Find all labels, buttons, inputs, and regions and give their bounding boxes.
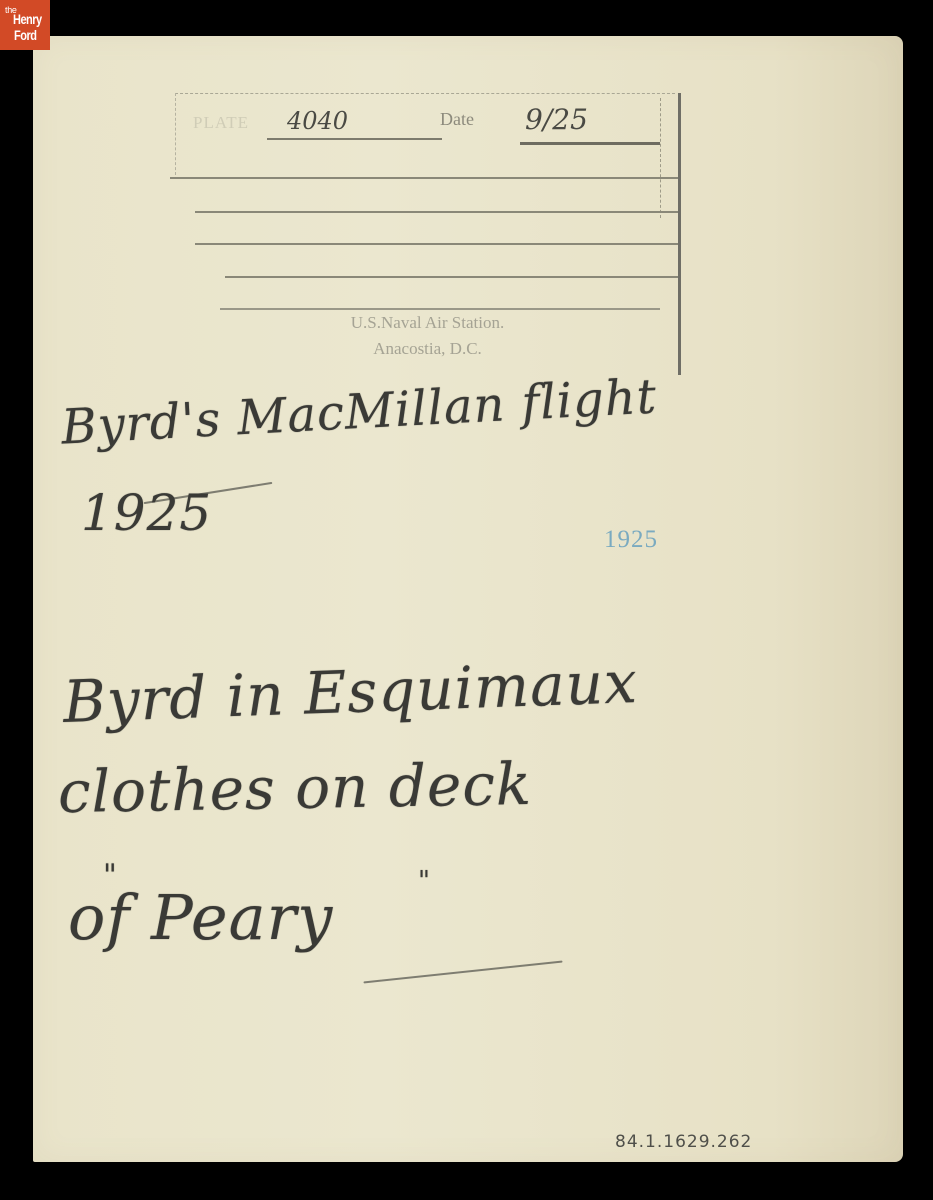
stamp-dashed-inner-border bbox=[660, 98, 661, 218]
date-stamp: 1925 bbox=[604, 526, 658, 554]
stamp-dashed-border-left bbox=[175, 93, 176, 175]
stamp-dashed-border-top bbox=[175, 93, 675, 94]
stamp-rule-3 bbox=[195, 243, 678, 245]
caption-line-title: Byrd's MacMillan flight bbox=[60, 368, 658, 455]
logo-henry: Henry bbox=[13, 14, 42, 28]
accession-number: 84.1.1629.262 bbox=[615, 1132, 752, 1152]
stamp-rule-4 bbox=[225, 276, 678, 278]
date-label: Date bbox=[440, 109, 474, 130]
henry-ford-logo: the Henry Ford bbox=[0, 0, 50, 50]
photo-back-paper: PLATE 4040 Date 9/25 U.S.Naval Air Stati… bbox=[33, 36, 903, 1162]
caption-line-4: clothes on deck bbox=[57, 750, 532, 826]
plate-label: PLATE bbox=[193, 113, 249, 133]
station-location: Anacostia, D.C. bbox=[175, 339, 680, 359]
caption-line-year: 1925 bbox=[81, 484, 212, 542]
close-quote: " bbox=[418, 866, 431, 896]
plate-number-value: 4040 bbox=[287, 107, 348, 135]
station-name: U.S.Naval Air Station. bbox=[175, 313, 680, 333]
date-rule bbox=[520, 142, 660, 145]
stamp-rule-5 bbox=[220, 308, 660, 310]
logo-ford: Ford bbox=[14, 30, 36, 44]
caption-line-3: Byrd in Esquimaux bbox=[62, 648, 639, 736]
date-value: 9/25 bbox=[525, 103, 588, 136]
ship-name-stroke bbox=[363, 961, 562, 984]
stamp-rule-1 bbox=[170, 177, 678, 179]
caption-line-ship: of Peary bbox=[68, 881, 333, 954]
stamp-rule-2 bbox=[195, 211, 678, 213]
plate-number-rule bbox=[267, 138, 442, 140]
plate-stamp-box: PLATE 4040 Date 9/25 U.S.Naval Air Stati… bbox=[175, 93, 680, 375]
